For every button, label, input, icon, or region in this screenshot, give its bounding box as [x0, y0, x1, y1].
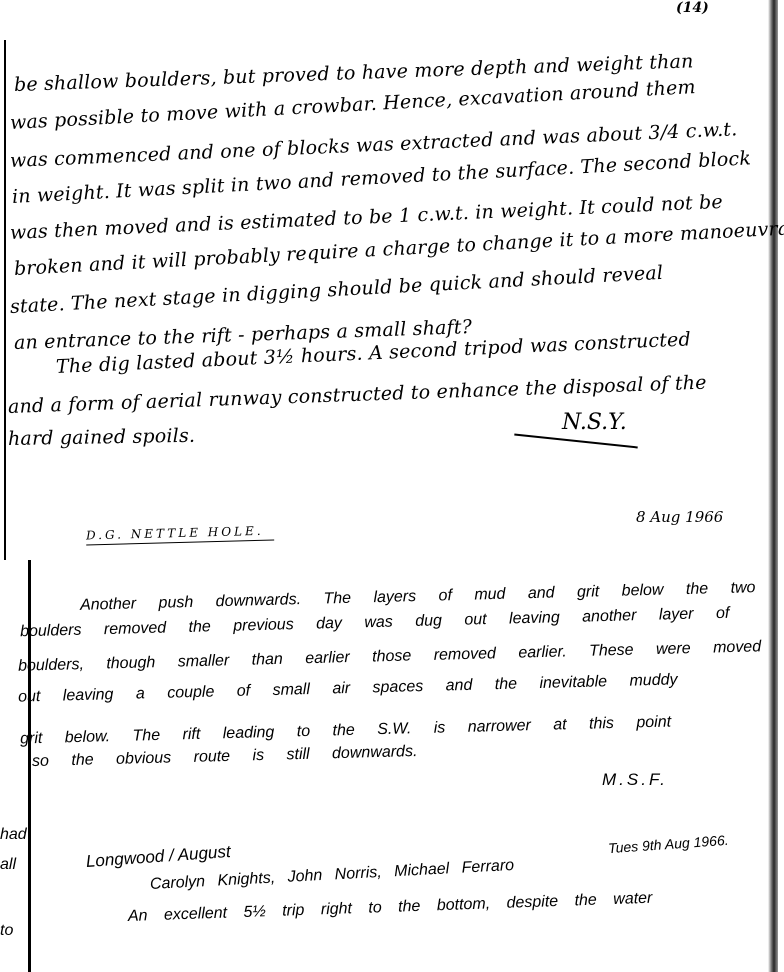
scanned-logbook-page: (14) be shallow boulders, but proved to … [0, 0, 784, 972]
signature: N.S.Y. [562, 410, 627, 435]
text-line: grit below. The rift leading to the S.W.… [20, 713, 671, 748]
margin-fragment: had [0, 826, 27, 844]
page-binding-edge [768, 0, 778, 972]
entry-heading: D.G. NETTLE HOLE. [86, 524, 274, 546]
signature-underline [514, 434, 638, 449]
margin-fragment: all [0, 856, 16, 874]
signature: M.S.F. [602, 770, 668, 790]
entry-heading: Longwood / August [85, 842, 231, 872]
margin-fragment: to [0, 922, 13, 940]
left-margin-edge-lower [28, 560, 31, 972]
text-line: hard gained spoils. [8, 425, 196, 450]
text-line: out leaving a couple of small air spaces… [18, 671, 678, 706]
text-line: An excellent 5½ trip right to the bottom… [128, 890, 653, 926]
entry-date: 8 Aug 1966 [636, 508, 723, 526]
entry-date: Tues 9th Aug 1966. [608, 832, 729, 856]
left-margin-edge [4, 40, 6, 560]
text-line: boulders, though smaller than earlier th… [18, 638, 761, 675]
text-line: so the obvious route is still downwards. [32, 743, 418, 771]
page-number: (14) [676, 0, 709, 16]
